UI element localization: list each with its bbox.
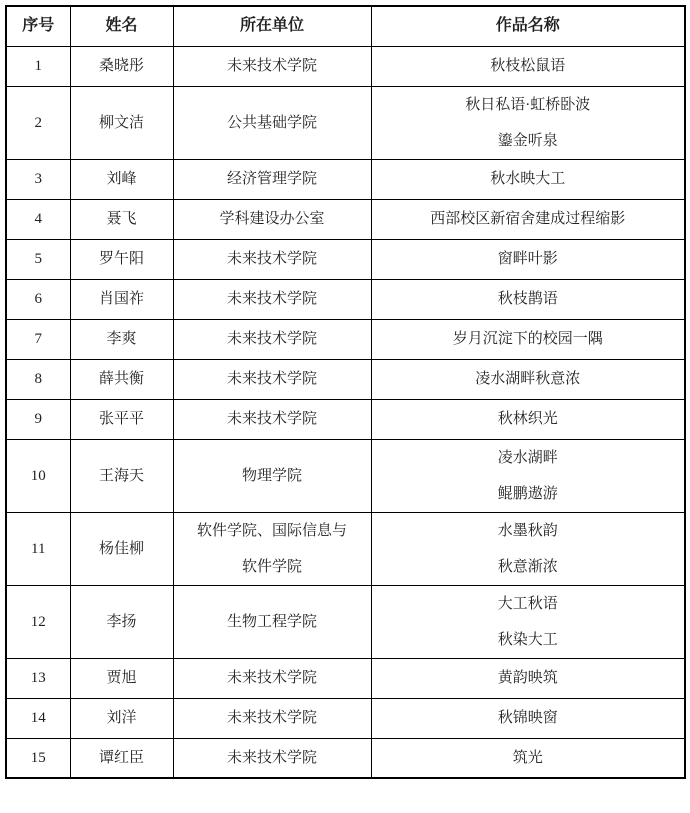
cell-work: 秋枝鹊语 (371, 279, 685, 319)
table-row: 1 桑晓彤 未来技术学院 秋枝松鼠语 (6, 46, 685, 86)
table-body: 1 桑晓彤 未来技术学院 秋枝松鼠语 2 柳文洁 公共基础学院 秋日私语·虹桥卧… (6, 46, 685, 778)
cell-name: 刘峰 (70, 159, 173, 199)
document-page: 序号 姓名 所在单位 作品名称 1 桑晓彤 未来技术学院 秋枝松鼠语 2 柳文洁… (0, 0, 690, 784)
cell-no: 12 (6, 585, 70, 658)
cell-unit: 经济管理学院 (173, 159, 371, 199)
cell-no: 8 (6, 359, 70, 399)
cell-name: 聂飞 (70, 199, 173, 239)
column-header-work: 作品名称 (371, 6, 685, 46)
table-row: 3 刘峰 经济管理学院 秋水映大工 (6, 159, 685, 199)
cell-no: 2 (6, 86, 70, 159)
cell-unit: 软件学院、国际信息与 软件学院 (173, 512, 371, 585)
cell-no: 7 (6, 319, 70, 359)
cell-unit: 学科建设办公室 (173, 199, 371, 239)
cell-no: 4 (6, 199, 70, 239)
cell-work: 水墨秋韵 秋意渐浓 (371, 512, 685, 585)
cell-work: 秋日私语·虹桥卧波 鎏金听泉 (371, 86, 685, 159)
cell-unit: 未来技术学院 (173, 698, 371, 738)
cell-name: 贾旭 (70, 658, 173, 698)
cell-work: 凌水湖畔秋意浓 (371, 359, 685, 399)
column-header-unit: 所在单位 (173, 6, 371, 46)
table-header-row: 序号 姓名 所在单位 作品名称 (6, 6, 685, 46)
cell-no: 6 (6, 279, 70, 319)
table-row: 8 薛共衡 未来技术学院 凌水湖畔秋意浓 (6, 359, 685, 399)
cell-no: 1 (6, 46, 70, 86)
cell-work: 大工秋语 秋染大工 (371, 585, 685, 658)
cell-work: 岁月沉淀下的校园一隅 (371, 319, 685, 359)
cell-unit: 未来技术学院 (173, 46, 371, 86)
cell-name: 肖国祚 (70, 279, 173, 319)
cell-name: 薛共衡 (70, 359, 173, 399)
cell-work: 黄韵映筑 (371, 658, 685, 698)
cell-work: 秋锦映窗 (371, 698, 685, 738)
cell-no: 11 (6, 512, 70, 585)
table-row: 7 李爽 未来技术学院 岁月沉淀下的校园一隅 (6, 319, 685, 359)
cell-name: 杨佳柳 (70, 512, 173, 585)
cell-name: 刘洋 (70, 698, 173, 738)
cell-unit: 物理学院 (173, 439, 371, 512)
cell-unit: 未来技术学院 (173, 319, 371, 359)
table-row: 11 杨佳柳 软件学院、国际信息与 软件学院 水墨秋韵 秋意渐浓 (6, 512, 685, 585)
cell-no: 3 (6, 159, 70, 199)
cell-no: 15 (6, 738, 70, 778)
cell-name: 桑晓彤 (70, 46, 173, 86)
table-row: 10 王海天 物理学院 凌水湖畔 鲲鹏遨游 (6, 439, 685, 512)
cell-unit: 生物工程学院 (173, 585, 371, 658)
cell-unit: 公共基础学院 (173, 86, 371, 159)
cell-no: 14 (6, 698, 70, 738)
cell-no: 5 (6, 239, 70, 279)
cell-unit: 未来技术学院 (173, 399, 371, 439)
cell-name: 谭红臣 (70, 738, 173, 778)
column-header-no: 序号 (6, 6, 70, 46)
cell-name: 李扬 (70, 585, 173, 658)
cell-name: 张平平 (70, 399, 173, 439)
cell-no: 9 (6, 399, 70, 439)
cell-unit: 未来技术学院 (173, 239, 371, 279)
cell-unit: 未来技术学院 (173, 279, 371, 319)
table-row: 14 刘洋 未来技术学院 秋锦映窗 (6, 698, 685, 738)
cell-work: 秋林织光 (371, 399, 685, 439)
cell-work: 秋水映大工 (371, 159, 685, 199)
cell-name: 王海天 (70, 439, 173, 512)
cell-work: 筑光 (371, 738, 685, 778)
cell-work: 窗畔叶影 (371, 239, 685, 279)
table-row: 13 贾旭 未来技术学院 黄韵映筑 (6, 658, 685, 698)
cell-name: 李爽 (70, 319, 173, 359)
cell-unit: 未来技术学院 (173, 658, 371, 698)
cell-no: 13 (6, 658, 70, 698)
table-row: 5 罗午阳 未来技术学院 窗畔叶影 (6, 239, 685, 279)
cell-work: 凌水湖畔 鲲鹏遨游 (371, 439, 685, 512)
table-row: 4 聂飞 学科建设办公室 西部校区新宿舍建成过程缩影 (6, 199, 685, 239)
column-header-name: 姓名 (70, 6, 173, 46)
table-row: 2 柳文洁 公共基础学院 秋日私语·虹桥卧波 鎏金听泉 (6, 86, 685, 159)
table-row: 9 张平平 未来技术学院 秋林织光 (6, 399, 685, 439)
cell-name: 罗午阳 (70, 239, 173, 279)
table-row: 12 李扬 生物工程学院 大工秋语 秋染大工 (6, 585, 685, 658)
cell-work: 西部校区新宿舍建成过程缩影 (371, 199, 685, 239)
cell-no: 10 (6, 439, 70, 512)
cell-work: 秋枝松鼠语 (371, 46, 685, 86)
table-row: 6 肖国祚 未来技术学院 秋枝鹊语 (6, 279, 685, 319)
cell-unit: 未来技术学院 (173, 738, 371, 778)
photo-works-table: 序号 姓名 所在单位 作品名称 1 桑晓彤 未来技术学院 秋枝松鼠语 2 柳文洁… (5, 5, 686, 779)
cell-name: 柳文洁 (70, 86, 173, 159)
table-row: 15 谭红臣 未来技术学院 筑光 (6, 738, 685, 778)
cell-unit: 未来技术学院 (173, 359, 371, 399)
